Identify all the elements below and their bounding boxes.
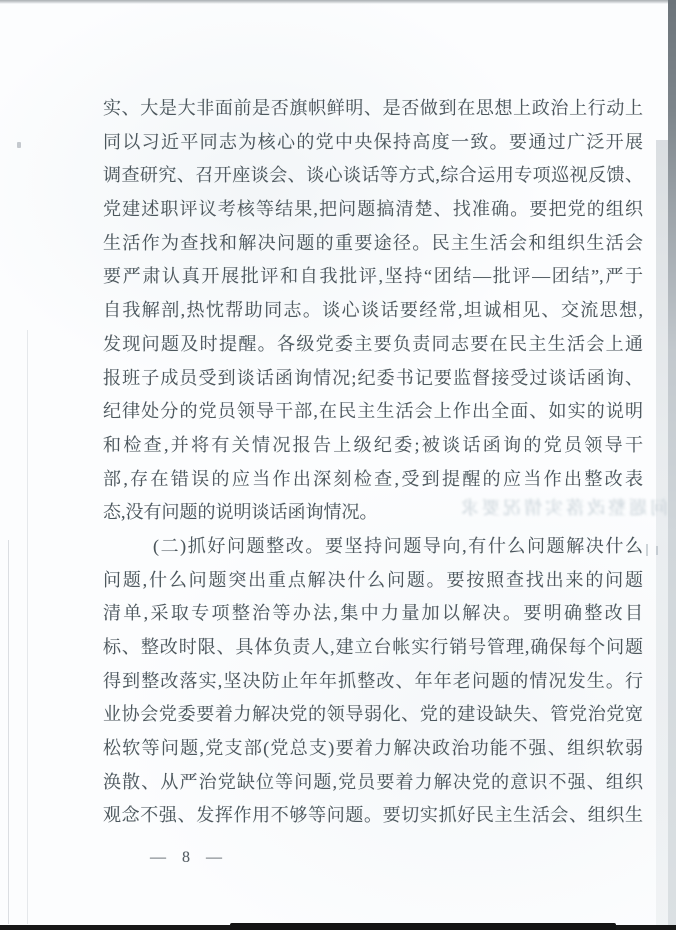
text-line: 问题,什么问题突出重点解决什么问题。要按照查找出来的问题 xyxy=(103,564,643,598)
text-line: 党建述职评议考核等结果,把问题搞清楚、找准确。要把党的组织 xyxy=(103,193,643,227)
document-body: 实、大是大非面前是否旗帜鲜明、是否做到在思想上政治上行动上 同以习近平同志为核心… xyxy=(103,92,643,833)
text-line: 报班子成员受到谈话函询情况;纪委书记要监督接受过谈话函询、 xyxy=(103,362,643,396)
text-line: 和检查,并将有关情况报告上级纪委;被谈话函询的党员领导干 xyxy=(103,429,643,463)
text-line-paragraph-end: 态,没有问题的说明谈话函询情况。 xyxy=(103,496,643,530)
text-line: 要严肃认真开展批评和自我批评,坚持“团结—批评—团结”,严于 xyxy=(103,260,643,294)
scan-streak-left-2 xyxy=(27,330,28,924)
text-line: 清单,采取专项整治等办法,集中力量加以解决。要明确整改目 xyxy=(103,597,643,631)
text-line: 纪律处分的党员领导干部,在民主生活会上作出全面、如实的说明 xyxy=(103,395,643,429)
text-line: 实、大是大非面前是否旗帜鲜明、是否做到在思想上政治上行动上 xyxy=(103,92,643,126)
text-line: 发现问题及时提醒。各级党委主要负责同志要在民主生活会上通 xyxy=(103,328,643,362)
text-line: 涣散、从严治党缺位等问题,党员要着力解决党的意识不强、组织 xyxy=(103,766,643,800)
scan-edge-bottom-bar-thick xyxy=(230,923,616,930)
text-line: 同以习近平同志为核心的党中央保持高度一致。要通过广泛开展 xyxy=(103,126,643,160)
text-line: 业协会党委要着力解决党的领导弱化、党的建设缺失、管党治党宽 xyxy=(103,698,643,732)
text-line-paragraph-start: (二)抓好问题整改。要坚持问题导向,有什么问题解决什么 xyxy=(103,530,643,564)
scan-edge-right-shadow xyxy=(656,140,668,925)
text-line: 松软等问题,党支部(党总支)要着力解决政治功能不强、组织软弱 xyxy=(103,732,643,766)
scan-speck xyxy=(17,142,21,148)
text-line: 调查研究、召开座谈会、谈心谈话等方式,综合运用专项巡视反馈、 xyxy=(103,159,643,193)
text-line: 部,存在错误的应当作出深刻检查,受到提醒的应当作出整改表 xyxy=(103,463,643,497)
page-number: — 8 — xyxy=(150,849,228,867)
scan-edge-right xyxy=(668,0,676,925)
text-line: 生活作为查找和解决问题的重要途径。民主生活会和组织生活会 xyxy=(103,227,643,261)
text-line: 得到整改落实,坚决防止年年抓整改、年年老问题的情况发生。行 xyxy=(103,665,643,699)
scan-streak-left-1 xyxy=(8,540,9,924)
text-line: 自我解剖,热忱帮助同志。谈心谈话要经常,坦诚相见、交流思想, xyxy=(103,294,643,328)
text-line: 观念不强、发挥作用不够等问题。要切实抓好民主生活会、组织生 xyxy=(103,799,643,833)
scan-tick-1 xyxy=(646,544,648,556)
scan-tick-2 xyxy=(656,546,658,555)
text-line: 标、整改时限、具体负责人,建立台帐实行销号管理,确保每个问题 xyxy=(103,631,643,665)
scan-edge-top xyxy=(0,0,676,4)
